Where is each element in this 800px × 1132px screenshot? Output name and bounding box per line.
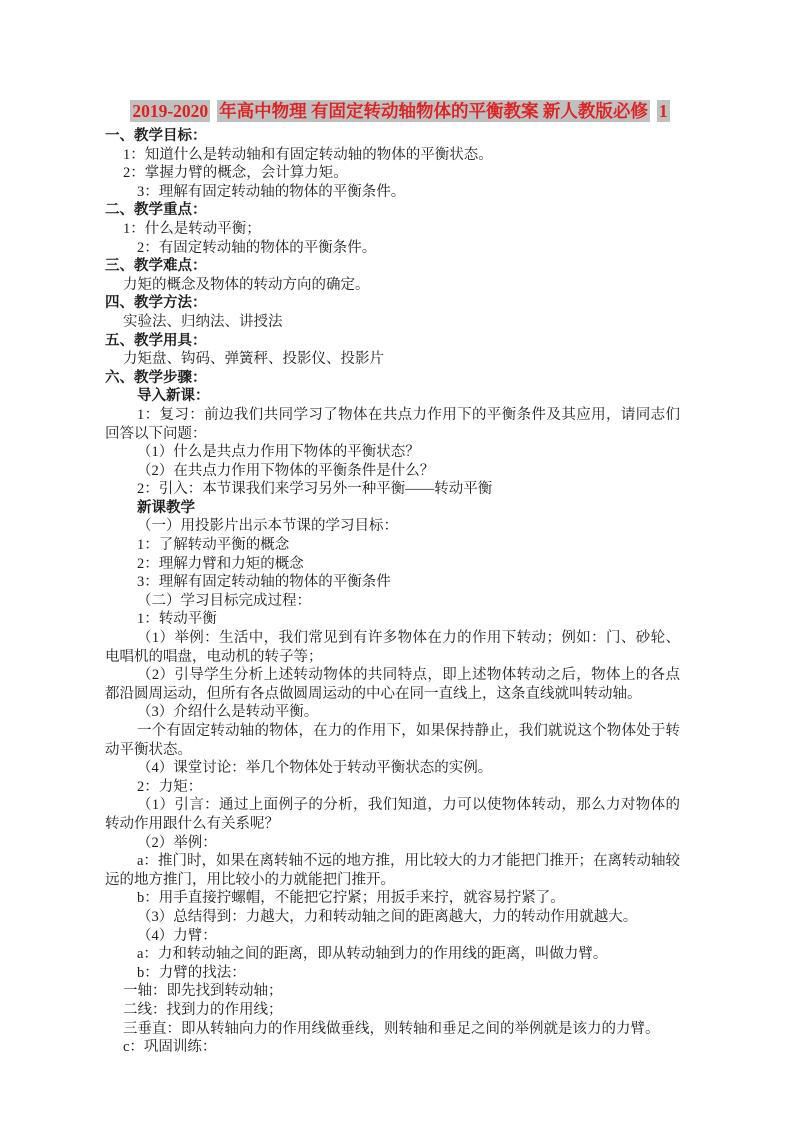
paragraph: （1）引言：通过上面例子的分析，我们知道，力可以使物体转动，那么力对物体的转动作… (105, 796, 680, 833)
paragraph: 2：理解力臂和力矩的概念 (105, 555, 680, 574)
paragraph: 1：知道什么是转动轴和有固定转动轴的物体的平衡状态。 (105, 146, 680, 165)
paragraph: 一个有固定转动轴的物体，在力的作用下，如果保持静止，我们就说这个物体处于转动平衡… (105, 722, 680, 759)
paragraph: 1：转动平衡 (105, 610, 680, 629)
paragraph: 力矩盘、钩码、弹簧秤、投影仪、投影片 (105, 350, 680, 369)
doc-title: 2019-2020年高中物理 有固定转动轴物体的平衡教案 新人教版必修1 (0, 98, 800, 124)
paragraph: （二）学习目标完成过程： (105, 592, 680, 611)
paragraph: （4）课堂讨论：举几个物体处于转动平衡状态的实例。 (105, 759, 680, 778)
paragraph: a：力和转动轴之间的距离，即从转动轴到力的作用线的距离，叫做力臂。 (105, 945, 680, 964)
section-heading: 一、教学目标： (105, 127, 680, 146)
paragraph: 2：掌握力臂的概念，会计算力矩。 (105, 164, 680, 183)
document-body: 一、教学目标：1：知道什么是转动轴和有固定转动轴的物体的平衡状态。2：掌握力臂的… (0, 127, 800, 1057)
paragraph: （2）引导学生分析上述转动物体的共同特点，即上述物体转动之后，物体上的各点都沿圆… (105, 666, 680, 703)
paragraph: b：力臂的找法： (105, 964, 680, 983)
paragraph: （2）举例： (105, 834, 680, 853)
paragraph: （1）什么是共点力作用下物体的平衡状态？ (105, 443, 680, 462)
paragraph: （2）在共点力作用下物体的平衡条件是什么？ (105, 462, 680, 481)
paragraph: 三垂直：即从转轴向力的作用线做垂线，则转轴和垂足之间的举例就是该力的力臂。 (105, 1020, 680, 1039)
section-heading: 三、教学难点： (105, 257, 680, 276)
paragraph: （1）举例：生活中，我们常见到有许多物体在力的作用下转动；例如：门、砂轮、电唱机… (105, 629, 680, 666)
paragraph: 3：理解有固定转动轴的物体的平衡条件 (105, 573, 680, 592)
section-heading: 新课教学 (105, 499, 680, 518)
paragraph: b：用手直接拧螺帽，不能把它拧紧；用扳手来拧，就容易拧紧了。 (105, 889, 680, 908)
paragraph: （3）介绍什么是转动平衡。 (105, 703, 680, 722)
title-segment: 2019-2020 (130, 100, 210, 122)
paragraph: 2：力矩： (105, 778, 680, 797)
paragraph: 3：理解有固定转动轴的物体的平衡条件。 (105, 183, 680, 202)
paragraph: 二线：找到力的作用线； (105, 1001, 680, 1020)
paragraph: （4）力臂： (105, 927, 680, 946)
paragraph: 1：了解转动平衡的概念 (105, 536, 680, 555)
section-heading: 导入新课： (105, 387, 680, 406)
section-heading: 六、教学步骤： (105, 369, 680, 388)
section-heading: 四、教学方法： (105, 294, 680, 313)
paragraph: （3）总结得到：力越大，力和转动轴之间的距离越大，力的转动作用就越大。 (105, 908, 680, 927)
section-heading: 二、教学重点： (105, 201, 680, 220)
paragraph: 1：复习：前边我们共同学习了物体在共点力作用下的平衡条件及其应用，请同志们回答以… (105, 406, 680, 443)
paragraph: 2：引入：本节课我们来学习另外一种平衡——转动平衡 (105, 480, 680, 499)
paragraph: 实验法、归纳法、讲授法 (105, 313, 680, 332)
paragraph: c：巩固训练： (105, 1038, 680, 1057)
title-segment: 1 (657, 100, 670, 122)
title-segment: 年高中物理 有固定转动轴物体的平衡教案 新人教版必修 (217, 100, 650, 122)
paragraph: a：推门时，如果在离转轴不远的地方推，用比较大的力才能把门推开；在离转动轴较远的… (105, 852, 680, 889)
paragraph: （一）用投影片出示本节课的学习目标： (105, 517, 680, 536)
paragraph: 一轴：即先找到转动轴； (105, 982, 680, 1001)
paragraph: 力矩的概念及物体的转动方向的确定。 (105, 276, 680, 295)
paragraph: 2：有固定转动轴的物体的平衡条件。 (105, 239, 680, 258)
section-heading: 五、教学用具： (105, 332, 680, 351)
document-page: 2019-2020年高中物理 有固定转动轴物体的平衡教案 新人教版必修1 一、教… (0, 0, 800, 1132)
paragraph: 1：什么是转动平衡； (105, 220, 680, 239)
